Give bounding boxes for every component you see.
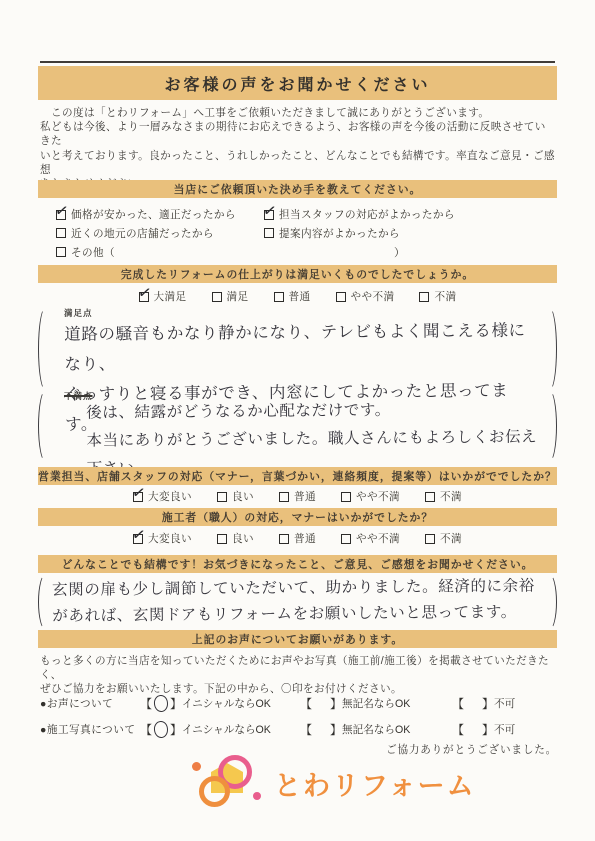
decision-options: 価格が安かった、適正だったから 担当スタッフの対応がよかったから 近くの地元の店… (56, 207, 536, 260)
rating-label: 不満 (434, 289, 456, 304)
checkbox[interactable] (279, 492, 289, 502)
checkbox-label: 担当スタッフの対応がよかったから (279, 207, 455, 222)
circle-mark-slot[interactable] (314, 721, 328, 738)
checkbox-option-price: 価格が安かった、適正だったから (56, 207, 264, 222)
rating-option: やや不満 (341, 531, 400, 546)
rating-option: 大変良い (133, 489, 192, 504)
choice-initial-ok: 【 】 イニシャルならOK (140, 721, 300, 738)
checkbox[interactable] (139, 292, 149, 302)
rating-option: 満足 (212, 289, 249, 304)
checkbox-label: その他（ (71, 245, 115, 260)
intro-text: この度は「とわリフォーム」へ工事をご依頼いただきまして誠にありがとうございます。… (40, 106, 555, 191)
page-title: お客様の声をお聞かせください (38, 66, 557, 100)
bracket-open: 【 (300, 721, 312, 738)
rating-option: 普通 (274, 289, 311, 304)
circle-mark-slot[interactable] (153, 694, 169, 713)
circle-mark-slot[interactable] (466, 695, 480, 712)
rating-label: 普通 (289, 289, 311, 304)
rating-label: 不満 (440, 489, 462, 504)
rating-option: 不満 (425, 531, 462, 546)
rating-label: 普通 (294, 531, 316, 546)
logo-text: とわリフォーム (274, 764, 476, 803)
top-divider-line (40, 61, 555, 63)
rating-option: 普通 (279, 489, 316, 504)
rating-option: 良い (217, 489, 254, 504)
checkbox[interactable] (419, 292, 429, 302)
checkbox[interactable] (336, 292, 346, 302)
section-header-decision: 当店にご依頼頂いた決め手を教えてください。 (38, 180, 557, 198)
orange-ring-icon (199, 776, 230, 807)
rating-option: 良い (217, 531, 254, 546)
bracket-close: 】 (330, 721, 342, 738)
rating-label: 大変良い (148, 489, 192, 504)
checkbox-option-staff-response: 担当スタッフの対応がよかったから (264, 207, 536, 222)
bracket-close: 】 (482, 721, 494, 738)
bracket-close: 】 (170, 721, 182, 738)
pink-dot-icon (253, 792, 261, 800)
rating-label: 普通 (294, 489, 316, 504)
checkbox[interactable] (341, 492, 351, 502)
section-header-publish: 上記のお声についてお願いがあります。 (38, 630, 557, 648)
dissatisfaction-note-box: 不満点 後は、結露がどうなるか心配なだけです。 本当にありがとうございました。職… (38, 390, 557, 462)
checkbox-label: 近くの地元の店舗だったから (71, 226, 214, 241)
checkbox-option-proposal: 提案内容がよかったから (264, 226, 536, 241)
choice-not-allowed: 【 】 不可 (452, 721, 515, 738)
choice-label: 無記名ならOK (342, 722, 410, 737)
rating-label: 良い (232, 489, 254, 504)
free-comment-note-box: 玄関の扉も少し調節していただいて、助かりました。経済的に余裕 があれば、玄関ドア… (38, 574, 557, 630)
rating-label: やや不満 (351, 289, 395, 304)
orange-dot-icon (192, 762, 201, 771)
checkbox[interactable] (133, 534, 143, 544)
publish-row-label: ●お声について (40, 696, 140, 711)
choice-initial-ok: 【 】 イニシャルならOK (140, 695, 300, 712)
choice-label: イニシャルならOK (182, 722, 271, 737)
other-close-paren: ） (264, 244, 536, 260)
rating-label: 不満 (440, 531, 462, 546)
checkbox[interactable] (217, 534, 227, 544)
rating-option: やや不満 (336, 289, 395, 304)
rating-option: 普通 (279, 531, 316, 546)
publish-body-text: もっと多くの方に当店を知っていただくためにお声やお写真（施工前/施工後）を掲載さ… (40, 655, 555, 696)
checkbox-label: 価格が安かった、適正だったから (71, 207, 236, 222)
choice-anonymous-ok: 【 】 無記名ならOK (300, 721, 452, 738)
bracket-close: 】 (330, 695, 342, 712)
bracket-open: 【 (300, 695, 312, 712)
circle-mark-slot[interactable] (314, 695, 328, 712)
circle-mark-slot[interactable] (466, 721, 480, 738)
checkbox[interactable] (425, 492, 435, 502)
bracket-open: 【 (140, 695, 152, 712)
choice-not-allowed: 【 】 不可 (452, 695, 515, 712)
bracket-open: 【 (452, 721, 464, 738)
thanks-text: ご協力ありがとうございました。 (386, 742, 557, 757)
checkbox[interactable] (217, 492, 227, 502)
rating-option: 不満 (419, 289, 456, 304)
company-logo: とわリフォーム (158, 756, 458, 822)
rating-option: 大変良い (133, 531, 192, 546)
checkbox[interactable] (279, 534, 289, 544)
checkbox-option-local-shop: 近くの地元の店舗だったから (56, 226, 264, 241)
bracket-close: 】 (170, 695, 182, 712)
bracket-open: 【 (452, 695, 464, 712)
section-header-worker: 施工者（職人）の対応，マナーはいかがでしたか？ (38, 508, 557, 526)
scanned-feedback-form-page: お客様の声をお聞かせください この度は「とわリフォーム」へ工事をご依頼いただきま… (0, 0, 595, 841)
checkbox[interactable] (56, 210, 66, 220)
form-content: お客様の声をお聞かせください この度は「とわリフォーム」へ工事をご依頼いただきま… (38, 0, 557, 841)
publish-row-label: ●施工写真について (40, 722, 140, 737)
choice-label: 不可 (494, 722, 515, 737)
checkbox[interactable] (56, 228, 66, 238)
rating-option: やや不満 (341, 489, 400, 504)
rating-label: やや不満 (356, 489, 400, 504)
worker-rating-row: 大変良い 良い 普通 やや不満 不満 (38, 531, 557, 546)
checkbox[interactable] (264, 210, 274, 220)
checkbox[interactable] (264, 228, 274, 238)
publish-row-photos: ●施工写真について 【 】 イニシャルならOK 【 】 無記名ならOK 【 】 … (40, 721, 555, 738)
section-header-finish: 完成したリフォームの仕上がりは満足いくものでしたでしょうか。 (38, 265, 557, 283)
section-header-staff: 営業担当、店舗スタッフの対応（マナー，言葉づかい，連絡頻度，提案等）はいかがでで… (38, 467, 557, 485)
bracket-open: 【 (140, 721, 152, 738)
choice-label: 無記名ならOK (342, 696, 410, 711)
checkbox-label: 提案内容がよかったから (279, 226, 400, 241)
choice-label: 不可 (494, 696, 515, 711)
checkbox[interactable] (425, 534, 435, 544)
handwritten-free-comment-text: 玄関の扉も少し調節していただいて、助かりました。経済的に余裕 があれば、玄関ドア… (38, 569, 557, 630)
rating-label: 満足 (227, 289, 249, 304)
rating-option: 不満 (425, 489, 462, 504)
checkbox[interactable] (133, 492, 143, 502)
checkbox[interactable] (56, 247, 66, 257)
circle-mark-slot[interactable] (153, 720, 169, 739)
choice-label: イニシャルならOK (182, 696, 271, 711)
choice-anonymous-ok: 【 】 無記名ならOK (300, 695, 452, 712)
finish-rating-row: 大満足 満足 普通 やや不満 不満 (38, 289, 557, 304)
bracket-close: 】 (482, 695, 494, 712)
logo-mark-icon (198, 756, 262, 808)
checkbox[interactable] (212, 292, 222, 302)
rating-label: やや不満 (356, 531, 400, 546)
checkbox[interactable] (274, 292, 284, 302)
checkbox[interactable] (341, 534, 351, 544)
publish-row-voice: ●お声について 【 】 イニシャルならOK 【 】 無記名ならOK 【 】 不可 (40, 695, 555, 712)
rating-label: 大変良い (148, 531, 192, 546)
rating-label: 良い (232, 531, 254, 546)
checkbox-option-other: その他（ (56, 244, 264, 260)
rating-option: 大満足 (139, 289, 187, 304)
staff-rating-row: 大変良い 良い 普通 やや不満 不満 (38, 489, 557, 504)
rating-label: 大満足 (154, 289, 187, 304)
satisfaction-note-box: 満足点 道路の騒音もかなり静かになり、テレビもよく聞こえる様になり、 ぐっすりと… (38, 307, 557, 391)
